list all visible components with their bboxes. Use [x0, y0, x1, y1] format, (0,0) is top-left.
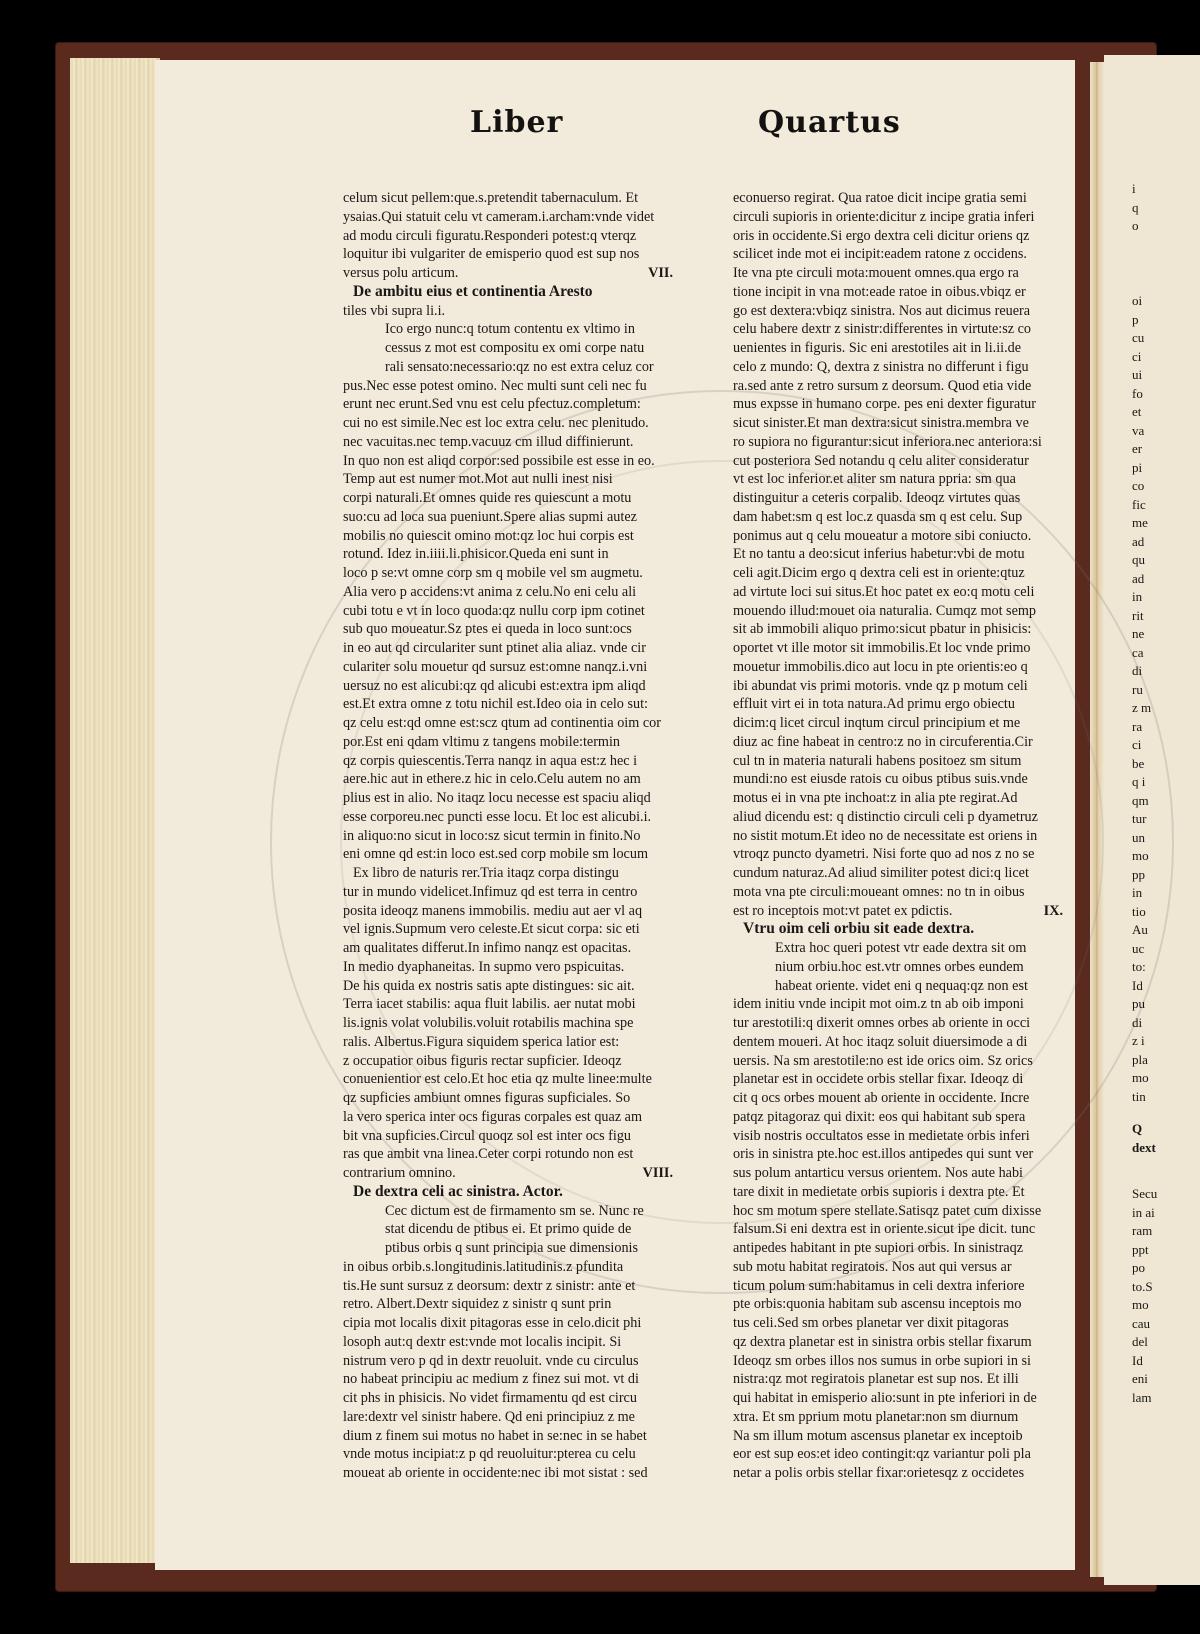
text-line: mundi:no est eiusde ratois cu oibus ptib… — [733, 770, 1063, 789]
fragment-line: mo — [1132, 1069, 1151, 1088]
text-line: suo:cu ad loca sua pueniunt.Spere alias … — [343, 508, 673, 527]
fragment-line: qu — [1132, 551, 1151, 570]
fragment-line: di — [1132, 1014, 1151, 1033]
text-line: retro. Albert.Dextr siquidez z sinistr q… — [343, 1295, 673, 1314]
text-line: mus expsse in humano corpe. pes eni dext… — [733, 395, 1063, 414]
text-line: planetar est in occidete orbis stellar f… — [733, 1070, 1063, 1089]
text-line: qz celu est:qd omne est:scz qtum ad cont… — [343, 714, 673, 733]
text-line: Ico ergo nunc:q totum contentu ex vltimo… — [343, 320, 673, 339]
fragment-line: to: — [1132, 958, 1151, 977]
text-line: mobilis no quiescit omino mot:qz loc hui… — [343, 527, 673, 546]
text-line: cundum naturaz.Ad aliud similiter potest… — [733, 864, 1063, 883]
text-line: mouetur immobilis.dico aut locu in pte o… — [733, 658, 1063, 677]
fragment-line: oi — [1132, 292, 1151, 311]
text-line: nistrum vero p qd in dextr reuoluit. vnd… — [343, 1352, 673, 1371]
text-line-content: est ro inceptois mot:vt patet ex pdictis… — [733, 902, 952, 921]
text-line: cit phs in phisicis. No videt firmamentu… — [343, 1389, 673, 1408]
text-line: ralis. Albertus.Figura siquidem sperica … — [343, 1033, 673, 1052]
text-line: Cec dictum est de firmamento sm se. Nunc… — [343, 1202, 673, 1221]
fragment-line: rit — [1132, 607, 1151, 626]
text-line: eor est sup eos:et ideo contingit:qz var… — [733, 1445, 1063, 1464]
fragment-line: Au — [1132, 921, 1151, 940]
text-line: qui habitat in emisperio alio:sunt in pt… — [733, 1389, 1063, 1408]
fragment-line: dext — [1132, 1139, 1156, 1158]
text-line: vnde motus incipiat:z p qd reuoluitur:pt… — [343, 1445, 673, 1464]
text-line: netar a polis orbis stellar fixar:oriete… — [733, 1464, 1063, 1483]
text-line: tare dixit in medietate orbis supioris i… — [733, 1183, 1063, 1202]
fragment-line: me — [1132, 514, 1151, 533]
page-edges-stack — [70, 58, 160, 1563]
text-line: ponimus aut q celu moueatur a motore sib… — [733, 527, 1063, 546]
text-line: aliud dicendu est: q distinctio circuli … — [733, 808, 1063, 827]
chapter-number: VIII. — [643, 1164, 673, 1183]
fragment-line: z i — [1132, 1032, 1151, 1051]
text-line: qz dextra planetar est in sinistra orbis… — [733, 1333, 1063, 1352]
fragment-line: Q — [1132, 1120, 1156, 1139]
fragment-line: in — [1132, 884, 1151, 903]
text-line: celu habere dextr z sinistr:differentes … — [733, 320, 1063, 339]
text-line: mota vna pte circuli:moueant omnes: no t… — [733, 883, 1063, 902]
text-line: sus polum antarticu versus orientem. Nos… — [733, 1164, 1063, 1183]
text-line: sicut sinister.Et man dextra:sicut sinis… — [733, 414, 1063, 433]
text-line: Ex libro de naturis rer.Tria itaqz corpa… — [343, 864, 673, 883]
text-line: cit q ocs orbes mouent ab oriente in occ… — [733, 1089, 1063, 1108]
fragment-line: tur — [1132, 810, 1151, 829]
text-line: vt est loc inferior.et aliter sm natura … — [733, 470, 1063, 489]
text-line: effluit virt ei in tota natura.Ad primu … — [733, 695, 1063, 714]
text-line: nistra:qz mot regiratois planetar est su… — [733, 1370, 1063, 1389]
text-line-content: contrarium omnino. — [343, 1164, 456, 1183]
text-line: Extra hoc queri potest vtr eade dextra s… — [733, 939, 1063, 958]
text-line: ra.sed ante z retro sursum z deorsum. Qu… — [733, 377, 1063, 396]
fragment-line: un — [1132, 829, 1151, 848]
text-line: ras que ambit vna linea.Ceter corpi rotu… — [343, 1145, 673, 1164]
text-line: tione incipit in vna mot:eade ratoe in o… — [733, 283, 1063, 302]
text-line: Terra iacet stabilis: aqua fluit labilis… — [343, 995, 673, 1014]
chapter-number: IX. — [1044, 902, 1063, 921]
fragment-line: tin — [1132, 1088, 1151, 1107]
text-line: Temp aut est numer mot.Mot aut nulli ine… — [343, 470, 673, 489]
fragment-line: del — [1132, 1333, 1157, 1352]
text-line: bit vna supficies.Circul quoqz sol est i… — [343, 1127, 673, 1146]
text-line: conuenientior est celo.Et hoc etia qz mu… — [343, 1070, 673, 1089]
text-line: versus polu articum.VII. — [343, 264, 673, 283]
text-line: est.Et extra omne z totu nichil est.Ideo… — [343, 695, 673, 714]
text-line: sub quo moueatur.Sz ptes ei queda in loc… — [343, 620, 673, 639]
text-line: sub motu habitat regiratois. Nos aut qui… — [733, 1258, 1063, 1277]
fragment-line: ad — [1132, 570, 1151, 589]
fragment-line: i — [1132, 180, 1139, 199]
fragment-line: q — [1132, 199, 1139, 218]
text-line-content: versus polu articum. — [343, 264, 458, 283]
text-line: ad modu circuli figuratu.Responderi pote… — [343, 227, 673, 246]
text-line: cul tn in materia naturali habens posito… — [733, 752, 1063, 771]
text-line: antipedes habitant in pte supiori orbis.… — [733, 1239, 1063, 1258]
fragment-line: fo — [1132, 385, 1151, 404]
text-line: vtroqz puncto dyametri. Nisi forte quo a… — [733, 845, 1063, 864]
fragment-line: be — [1132, 755, 1151, 774]
left-text-column: celum sicut pellem:que.s.pretendit taber… — [343, 189, 673, 1483]
fragment-line: Id — [1132, 1352, 1157, 1371]
text-line: oportet vt ille motor sit immobilis.Et l… — [733, 639, 1063, 658]
text-line: uersuz no est alicubi:qz qd alicubi est:… — [343, 677, 673, 696]
facing-page-fragment-middle: oipcuciuifoetvaerpicoficmeadquadinritnec… — [1132, 292, 1151, 1106]
text-line: oris in occidente.Si ergo dextra celi di… — [733, 227, 1063, 246]
fragment-line: ci — [1132, 348, 1151, 367]
text-line: scilicet inde mot ei incipit:eadem raton… — [733, 245, 1063, 264]
text-line: motus ei in vna pte inchoat:z in alia pt… — [733, 789, 1063, 808]
fragment-line: pi — [1132, 459, 1151, 478]
text-line: xtra. Et sm pprium motu planetar:non sm … — [733, 1408, 1063, 1427]
text-line: uenientes in figuris. Sic eni arestotile… — [733, 339, 1063, 358]
text-line: celum sicut pellem:que.s.pretendit taber… — [343, 189, 673, 208]
fragment-line: eni — [1132, 1370, 1157, 1389]
fragment-line: mo — [1132, 847, 1151, 866]
text-line: diuz ac fine habeat in centro:z no in ci… — [733, 733, 1063, 752]
fragment-line: ne — [1132, 625, 1151, 644]
text-line: oris in sinistra pte.hoc est.illos antip… — [733, 1145, 1063, 1164]
text-line: habeat oriente. videt eni q nequaq:qz no… — [733, 977, 1063, 996]
fragment-line: po — [1132, 1259, 1157, 1278]
text-line: por.Est eni qdam vltimu z tangens mobile… — [343, 733, 673, 752]
text-line: cipia mot localis dixit pitagoras esse i… — [343, 1314, 673, 1333]
text-line: visib nostris occultatos esse in medieta… — [733, 1127, 1063, 1146]
book-gutter — [1090, 62, 1104, 1577]
text-line: contrarium omnino.VIII. — [343, 1164, 673, 1183]
text-line: Alia vero p accidens:vt anima z celu.No … — [343, 583, 673, 602]
fragment-line: cu — [1132, 329, 1151, 348]
text-line: no habeat principiu ac medium z finez su… — [343, 1370, 673, 1389]
text-line: Et no tantu a deo:sicut inferius habetur… — [733, 545, 1063, 564]
text-line: dam habet:sm q est loc.z quasda sm q est… — [733, 508, 1063, 527]
chapter-number: VII. — [648, 264, 673, 283]
text-line: loquitur ibi vulgariter de emisperio quo… — [343, 245, 673, 264]
text-line: econuerso regirat. Qua ratoe dicit incip… — [733, 189, 1063, 208]
fragment-line: ru — [1132, 681, 1151, 700]
right-text-column: econuerso regirat. Qua ratoe dicit incip… — [733, 189, 1063, 1483]
text-line: no sistit motum.Et ideo no de necessitat… — [733, 827, 1063, 846]
text-line: tiles vbi supra li.i. — [343, 302, 673, 321]
chapter-heading: De dextra celi ac sinistra. Actor. — [343, 1183, 673, 1202]
text-line: tur in mundo videlicet.Infimuz qd est te… — [343, 883, 673, 902]
text-line: tur arestotili:q dixerit omnes orbes ab … — [733, 1014, 1063, 1033]
text-line: De his quida ex nostris satis apte disti… — [343, 977, 673, 996]
fragment-line: p — [1132, 311, 1151, 330]
fragment-line: mo — [1132, 1296, 1157, 1315]
fragment-line: Secu — [1132, 1185, 1157, 1204]
text-line: esse corporeu.nec puncti esse locu. Et l… — [343, 808, 673, 827]
text-line: corpi naturali.Et omnes quide res quiesc… — [343, 489, 673, 508]
fragment-line: z m — [1132, 699, 1151, 718]
fragment-line: ppt — [1132, 1241, 1157, 1260]
text-line: lis.ignis volat volubilis.voluit rotabil… — [343, 1014, 673, 1033]
text-line: qz corpis quiescentis.Terra nanqz in aqu… — [343, 752, 673, 771]
fragment-line: cau — [1132, 1315, 1157, 1334]
text-line: cessus z mot est compositu ex omi corpe … — [343, 339, 673, 358]
fragment-line: Id — [1132, 977, 1151, 996]
text-line: tis.He sunt sursuz z deorsum: dextr z si… — [343, 1277, 673, 1296]
running-head-left: Liber — [470, 105, 563, 140]
text-line: rotund. Idez in.iiii.li.phisicor.Queda e… — [343, 545, 673, 564]
text-line: celo z mundo: Q, dextra z sinistra no di… — [733, 358, 1063, 377]
text-line: circuli supioris in oriente:dicitur z in… — [733, 208, 1063, 227]
text-line: la vero sperica inter ocs figuras corpal… — [343, 1108, 673, 1127]
text-line: eni omne qd est:in loco est.sed corp mob… — [343, 845, 673, 864]
text-line: idem initiu vnde incipit mot oim.z tn ab… — [733, 995, 1063, 1014]
text-line: nium orbiu.hoc est.vtr omnes orbes eunde… — [733, 958, 1063, 977]
fragment-line: tio — [1132, 903, 1151, 922]
text-line: est ro inceptois mot:vt patet ex pdictis… — [733, 902, 1063, 921]
text-line: In medio dyaphaneitas. In supmo vero psp… — [343, 958, 673, 977]
text-line: In quo non est aliqd corpor:sed possibil… — [343, 452, 673, 471]
fragment-line: o — [1132, 217, 1139, 236]
text-line: rali sensato:necessario:qz no est extra … — [343, 358, 673, 377]
text-line: aere.hic aut in ethere.z hic in celo.Cel… — [343, 770, 673, 789]
text-line: plius est in alio. No itaqz locu necesse… — [343, 789, 673, 808]
text-line: in aliquo:no sicut in loco:sz sicut term… — [343, 827, 673, 846]
fragment-line: ram — [1132, 1222, 1157, 1241]
text-line: in eo aut qd circulariter sunt ptinet al… — [343, 639, 673, 658]
text-line: ticum polum sum:habitamus in celi dextra… — [733, 1277, 1063, 1296]
text-line: Na sm illum motum ascensus planetar ex i… — [733, 1427, 1063, 1446]
text-line: dentem moueri. At hoc itaqz soluit diuer… — [733, 1033, 1063, 1052]
text-line: uersis. Na sm arestotile:no est ide oric… — [733, 1052, 1063, 1071]
facing-page-fragment-top: iqo — [1132, 180, 1139, 236]
text-line: cut posteriora Sed notandu q celu aliter… — [733, 452, 1063, 471]
text-line: go est dextera:vbiqz sinistra. Nos aut d… — [733, 302, 1063, 321]
text-line: vel ignis.Supmum vero celeste.Et sicut c… — [343, 920, 673, 939]
text-line: am qualitates differut.In infimo nanqz e… — [343, 939, 673, 958]
text-line: ibi abundat vis primi motoris. vnde qz p… — [733, 677, 1063, 696]
fragment-line: to.S — [1132, 1278, 1157, 1297]
text-line: celi agit.Dicim ergo q dextra celi est i… — [733, 564, 1063, 583]
facing-page-fragment-bottom: Secuin airampptpoto.SmocaudelIdenilam — [1132, 1185, 1157, 1407]
fragment-line: qm — [1132, 792, 1151, 811]
fragment-line: ra — [1132, 718, 1151, 737]
chapter-heading: Vtru oim celi orbiu sit eade dextra. — [733, 920, 1063, 939]
fragment-line: ui — [1132, 366, 1151, 385]
text-line: erunt nec erunt.Sed vnu est celu pfectuz… — [343, 395, 673, 414]
fragment-line: ca — [1132, 644, 1151, 663]
text-line: qz supficies ambiunt omnes figuras supfi… — [343, 1089, 673, 1108]
text-line: hoc sm motum spere stellate.Satisqz pate… — [733, 1202, 1063, 1221]
fragment-line: pu — [1132, 995, 1151, 1014]
fragment-line: in — [1132, 588, 1151, 607]
fragment-line: er — [1132, 440, 1151, 459]
text-line: cui no est simile.Nec est loc extra celu… — [343, 414, 673, 433]
fragment-line: co — [1132, 477, 1151, 496]
fragment-line: in ai — [1132, 1204, 1157, 1223]
text-line: ad virtute loci sui situs.Et hoc patet e… — [733, 583, 1063, 602]
fragment-line: ci — [1132, 736, 1151, 755]
chapter-heading: De ambitu eius et continentia Aresto — [343, 283, 673, 302]
text-line: dicim:q licet circul inqtum circul princ… — [733, 714, 1063, 733]
text-line: Ideoqz sm orbes illos nos sumus in orbe … — [733, 1352, 1063, 1371]
text-line: lare:dextr vel sinistr habere. Qd eni pr… — [343, 1408, 673, 1427]
text-line: mouendo illud:mouet oia naturalia. Cumqz… — [733, 602, 1063, 621]
fragment-line: lam — [1132, 1389, 1157, 1408]
text-line: loco p se:vt omne corp sm q mobile vel s… — [343, 564, 673, 583]
text-line: falsum.Si eni dextra est in oriente.sicu… — [733, 1220, 1063, 1239]
text-line: z occupatior oibus figuris rectar supfic… — [343, 1052, 673, 1071]
fragment-line: uc — [1132, 940, 1151, 959]
fragment-line: di — [1132, 662, 1151, 681]
text-line: nec vacuitas.nec temp.vacuuz cm illud di… — [343, 433, 673, 452]
text-line: moueat ab oriente in occidente:nec ibi m… — [343, 1464, 673, 1483]
facing-page-heading-fragment: Qdext — [1132, 1120, 1156, 1157]
fragment-line: pp — [1132, 866, 1151, 885]
text-line: culariter solu mouetur qd sursuz est:omn… — [343, 658, 673, 677]
text-line: cubi totu e vt in loco quoda:qz nullu co… — [343, 602, 673, 621]
text-line: pus.Nec esse potest omino. Nec multi sun… — [343, 377, 673, 396]
text-line: losoph aut:q dextr est:vnde mot localis … — [343, 1333, 673, 1352]
text-line: Ite vna pte circuli mota:mouent omnes.qu… — [733, 264, 1063, 283]
text-line: distinguitur a ceteris corpalib. Ideoqz … — [733, 489, 1063, 508]
text-line: dium z finem sui motus no habet in se:ne… — [343, 1427, 673, 1446]
fragment-line: ad — [1132, 533, 1151, 552]
text-line: ysaias.Qui statuit celu vt cameram.i.arc… — [343, 208, 673, 227]
text-line: ptibus orbis q sunt principia sue dimens… — [343, 1239, 673, 1258]
fragment-line: pla — [1132, 1051, 1151, 1070]
fragment-line: q i — [1132, 773, 1151, 792]
text-line: sit ab immobili aliquo primo:sicut pbatu… — [733, 620, 1063, 639]
fragment-line: va — [1132, 422, 1151, 441]
fragment-line: fic — [1132, 496, 1151, 515]
text-line: in oibus orbib.s.longitudinis.latitudini… — [343, 1258, 673, 1277]
text-line: pte orbis:quonia habitam sub ascensu inc… — [733, 1295, 1063, 1314]
text-line: tus celi.Sed sm orbes planetar ver dixit… — [733, 1314, 1063, 1333]
running-head-right: Quartus — [758, 105, 901, 140]
text-line: stat dicendu de ptibus ei. Et primo quid… — [343, 1220, 673, 1239]
fragment-line: et — [1132, 403, 1151, 422]
text-line: posita ideoqz manens immobilis. mediu au… — [343, 902, 673, 921]
text-line: ro supiora no figurantur:sicut inferiora… — [733, 433, 1063, 452]
text-line: patqz pitagoraz qui dixit: eos qui habit… — [733, 1108, 1063, 1127]
